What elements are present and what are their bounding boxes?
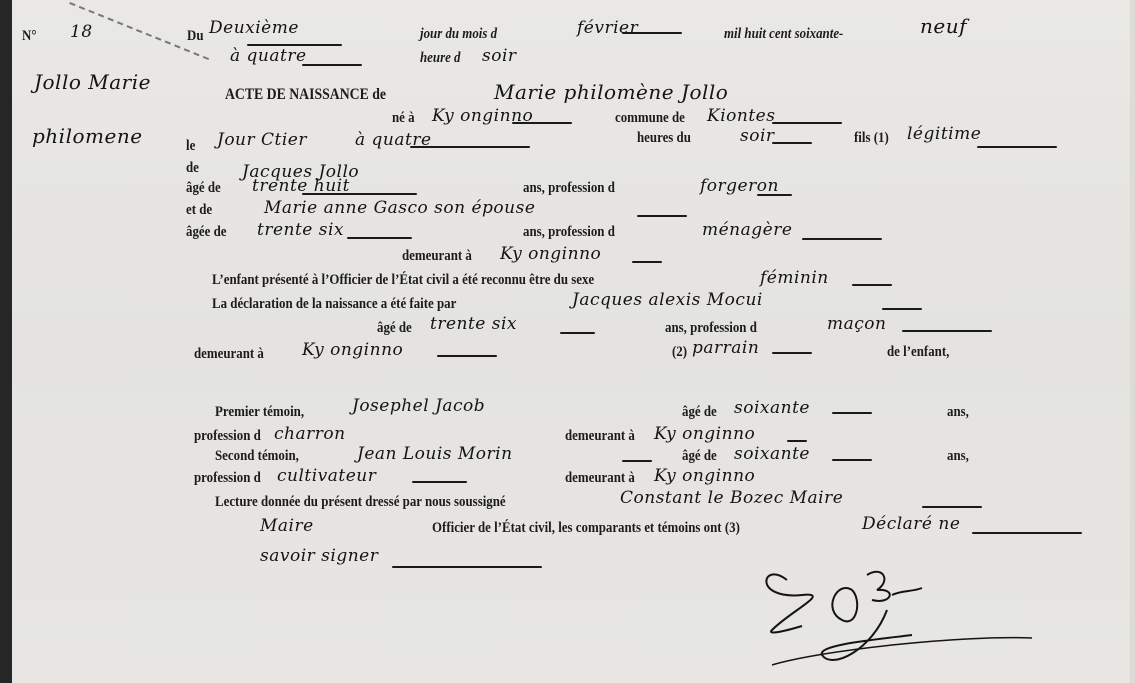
fill-line [410, 146, 530, 148]
commune-value: Kiontes [707, 106, 775, 126]
fill-line [977, 146, 1057, 148]
witness2-name: Jean Louis Morin [357, 444, 513, 464]
fill-line [632, 261, 662, 263]
fill-line [637, 215, 687, 217]
declared-cont: savoir signer [260, 546, 378, 566]
declarant-residence: Ky onginno [302, 340, 403, 360]
witness2-residence-label: demeurant à [565, 470, 635, 487]
period-value: soir [482, 46, 517, 66]
witness1-name: Josephel Jacob [352, 396, 485, 416]
fill-line [772, 122, 842, 124]
commune-label: commune de [615, 110, 685, 127]
le-label: le [186, 138, 195, 155]
fill-line [972, 532, 1082, 534]
fill-line [622, 460, 652, 462]
birth-period-value: soir [740, 126, 775, 146]
declarant-profession-label: ans, profession d [665, 320, 757, 337]
sex-value: féminin [760, 268, 829, 288]
fill-line [832, 459, 872, 461]
fill-line [787, 440, 807, 442]
officer-name-cont: Maire [260, 516, 314, 536]
father-age-label: âgé de [186, 180, 221, 197]
jour-label: jour du mois d [420, 26, 497, 43]
declarant-name: Jacques alexis Mocui [572, 290, 763, 310]
witness1-age: soixante [734, 398, 810, 418]
hour-value: à quatre [230, 46, 307, 66]
mother-age-label: âgée de [186, 224, 226, 241]
witness2-profession-label: profession d [194, 470, 261, 487]
fill-line [347, 237, 412, 239]
year-value: neuf [920, 14, 967, 38]
day-value: Deuxième [209, 18, 299, 38]
officer-name: Constant le Bozec Maire [620, 488, 843, 508]
mother-age: trente six [257, 220, 344, 240]
declared-value: Déclaré ne [862, 514, 960, 534]
birth-certificate-page: N° 18 Du Deuxième jour du mois d février… [12, 0, 1130, 683]
witness2-profession: cultivateur [277, 466, 376, 486]
fill-line [512, 122, 572, 124]
birth-day-value: Jour Ctier [217, 130, 307, 150]
du-label: Du [187, 28, 204, 45]
declarant-residence-label: demeurant à [194, 346, 264, 363]
fill-line [622, 32, 682, 34]
fill-line [392, 566, 542, 568]
witness2-ans: ans, [947, 448, 969, 465]
mother-name: Marie anne Gasco son épouse [264, 198, 535, 218]
officer-signature [742, 540, 1092, 680]
fill-line [302, 64, 362, 66]
declarant-age-label: âgé de [377, 320, 412, 337]
mother-profession-label: ans, profession d [523, 224, 615, 241]
heures-label: heures du [637, 130, 691, 147]
witness1-profession: charron [274, 424, 346, 444]
declarant-profession: maçon [827, 314, 886, 334]
officer-sentence: Officier de l’État civil, les comparants… [432, 520, 740, 537]
relation-suffix: de l’enfant, [887, 344, 949, 361]
margin-name-line1: Jollo Marie [34, 70, 151, 94]
fill-line [852, 284, 892, 286]
month-value: février [577, 18, 638, 38]
witness1-age-label: âgé de [682, 404, 717, 421]
witness1-residence: Ky onginno [654, 424, 755, 444]
fill-line [757, 194, 792, 196]
witness2-residence: Ky onginno [654, 466, 755, 486]
fill-line [772, 352, 812, 354]
parents-residence-label: demeurant à [402, 248, 472, 265]
witness2-label: Second témoin, [215, 448, 299, 465]
fill-line [832, 412, 872, 414]
fill-line [437, 355, 497, 357]
fill-line [412, 481, 467, 483]
fill-line [882, 308, 922, 310]
father-profession-label: ans, profession d [523, 180, 615, 197]
witness2-age-label: âgé de [682, 448, 717, 465]
declarant-relation: parrain [692, 338, 759, 358]
mother-profession: ménagère [702, 220, 792, 240]
record-number: 18 [70, 22, 93, 42]
parents-residence: Ky onginno [500, 244, 601, 264]
declarant-age: trente six [430, 314, 517, 334]
fill-line [772, 142, 812, 144]
fill-line [922, 506, 982, 508]
de-label: de [186, 160, 199, 177]
lecture-sentence: Lecture donnée du présent dressé par nou… [215, 494, 506, 511]
declaration-sentence: La déclaration de la naissance a été fai… [212, 296, 456, 313]
heure-label: heure d [420, 50, 461, 67]
number-label: N° [22, 28, 36, 45]
witness1-profession-label: profession d [194, 428, 261, 445]
fill-line [902, 330, 992, 332]
legitimacy-value: légitime [907, 124, 981, 144]
relation-prefix: (2) [672, 344, 687, 361]
et-de-label: et de [186, 202, 212, 219]
year-label: mil huit cent soixante- [724, 26, 843, 43]
certificate-title: ACTE DE NAISSANCE de [225, 86, 386, 104]
margin-name-line2: philomene [32, 124, 143, 148]
ne-label: né à [392, 110, 415, 127]
child-name: Marie philomène Jollo [494, 80, 728, 104]
witness1-ans: ans, [947, 404, 969, 421]
witness1-label: Premier témoin, [215, 404, 304, 421]
fils-label: fils (1) [854, 130, 889, 147]
fill-line [802, 238, 882, 240]
fill-line [560, 332, 595, 334]
sex-sentence: L’enfant présenté à l’Officier de l’État… [212, 272, 594, 289]
scan-border-left [0, 0, 12, 683]
witness2-age: soixante [734, 444, 810, 464]
father-profession: forgeron [700, 176, 779, 196]
fill-line [302, 193, 417, 195]
witness1-residence-label: demeurant à [565, 428, 635, 445]
